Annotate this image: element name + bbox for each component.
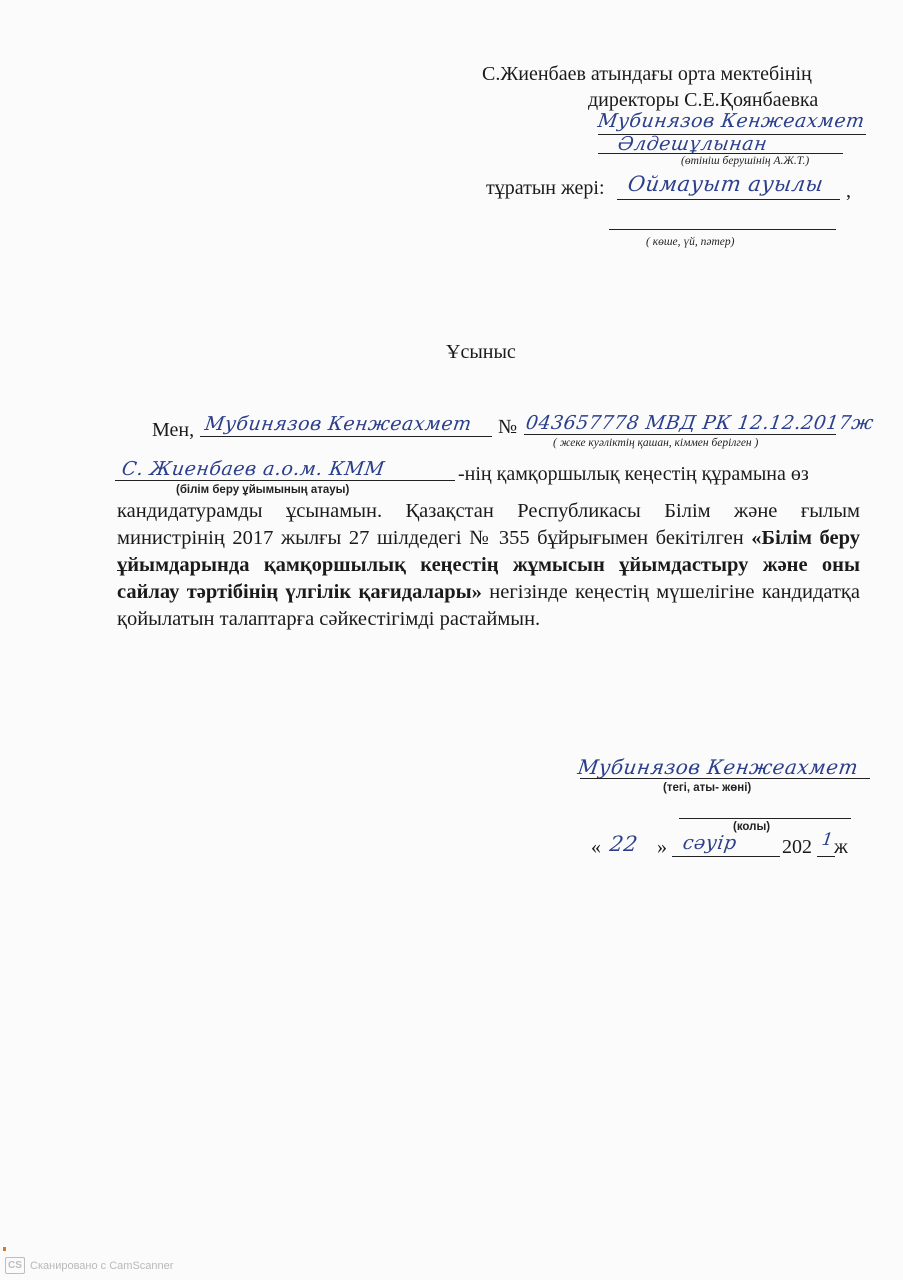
- signature-name-line: [580, 778, 870, 779]
- number-sign: №: [498, 416, 517, 439]
- residence-label: тұратын жері:: [486, 177, 605, 200]
- applicant-caption: (өтініш берушінің А.Ж.Т.): [681, 155, 809, 167]
- street-caption: ( көше, үй, пәтер): [646, 236, 734, 248]
- organization-caption: (білім беру ұйымының атауы): [176, 484, 349, 496]
- date-month-line: [672, 856, 780, 857]
- date-year-line: [817, 856, 835, 857]
- camscanner-logo-icon: CS: [5, 1257, 25, 1274]
- residence-handwritten: Оймауыт ауылы: [628, 172, 823, 196]
- document-title: Ұсыныс: [446, 341, 516, 364]
- id-handwritten: 043657778 МВД РК 12.12.2017ж: [526, 412, 874, 434]
- residence-comma: ,: [846, 180, 851, 203]
- date-year-digit-handwritten: 1: [822, 830, 833, 850]
- applicant-name-line-2: [598, 153, 843, 154]
- date-close-quote: »: [657, 836, 667, 859]
- date-year-suffix: ж: [834, 836, 848, 859]
- signature-line: [679, 818, 851, 819]
- applicant-name-handwritten-1: Мубинязов Кенжеахмет: [598, 110, 865, 132]
- id-line: [524, 434, 836, 435]
- organization-line: [115, 480, 455, 481]
- addressee-line-1: С.Жиенбаев атындағы орта мектебінің: [482, 63, 812, 86]
- body-paragraph: кандидатурамды ұсынамын. Қазақстан Респу…: [117, 498, 860, 633]
- date-open-quote: «: [591, 836, 601, 859]
- addressee-line-2: директоры С.Е.Қоянбаевка: [588, 89, 818, 112]
- signature-name-handwritten: Мубинязов Кенжеахмет: [578, 755, 858, 779]
- name-line: [200, 436, 492, 437]
- date-year-prefix: 202: [782, 836, 812, 859]
- organization-handwritten: С. Жиенбаев а.о.м. КММ: [122, 458, 385, 480]
- applicant-name-handwritten-2: Әлдешұлынан: [618, 133, 767, 155]
- date-day-handwritten: 22: [610, 832, 638, 856]
- camscanner-text: Сканировано с CamScanner: [30, 1260, 173, 1272]
- men-label: Мен,: [152, 419, 194, 442]
- camscanner-watermark: CS Сканировано с CamScanner: [5, 1257, 173, 1274]
- applicant-name-body-handwritten: Мубинязов Кенжеахмет: [205, 413, 472, 435]
- scanner-mark: [3, 1247, 6, 1251]
- date-month-handwritten: сәуір: [683, 832, 737, 854]
- signature-name-caption: (тегі, аты- жөні): [663, 782, 751, 794]
- id-caption: ( жеке куәліктің қашан, кіммен берілген …: [553, 437, 758, 449]
- street-line: [609, 229, 836, 230]
- organization-suffix: -нің қамқоршылық кеңестің құрамына өз: [458, 463, 809, 486]
- residence-line: [617, 199, 840, 200]
- signature-caption: (колы): [733, 821, 770, 833]
